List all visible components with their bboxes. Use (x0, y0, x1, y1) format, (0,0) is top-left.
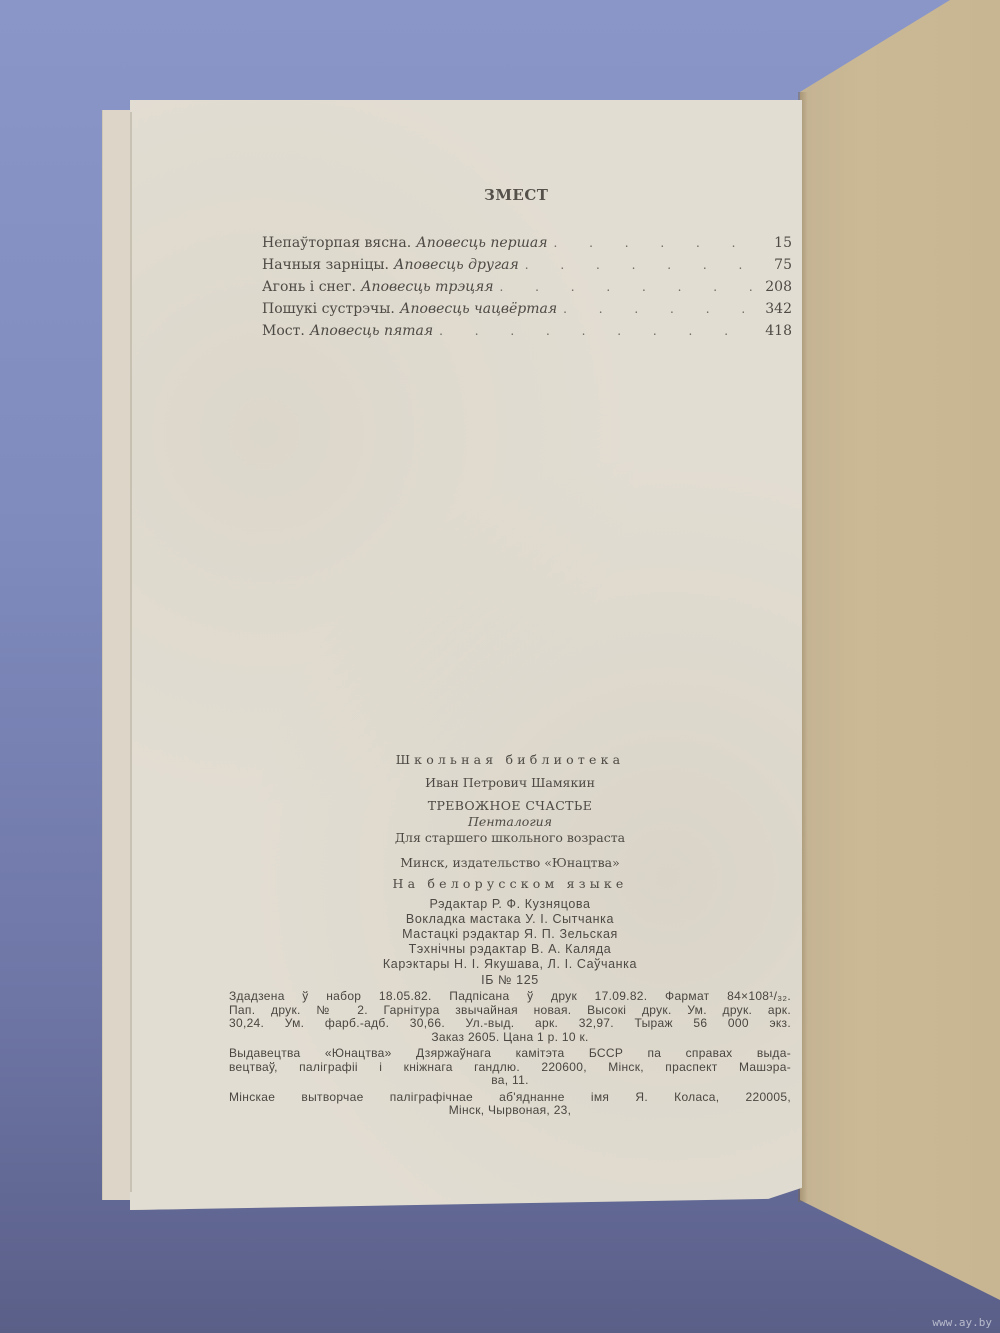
toc-leader: . . . . . . . . . . . . . . . . . . . . … (525, 258, 752, 272)
toc-entry-page: 15 (758, 235, 792, 251)
credit-line: Рэдактар Р. Ф. Кузняцова (228, 897, 792, 912)
book-title: ТРЕВОЖНОЕ СЧАСТЬЕ (228, 798, 792, 813)
table-of-contents: Непаўторпая вясна. Аповесць першая . . .… (262, 235, 792, 345)
toc-entry-title: Начныя зарніцы. (262, 257, 389, 273)
watermark: www.ay.by (932, 1316, 992, 1329)
toc-entry: Начныя зарніцы. Аповесць другая . . . . … (262, 257, 792, 279)
printer-block: Мінскае вытворчае паліграфічнае аб'яднан… (229, 1091, 791, 1118)
toc-entry-subtitle: Аповесць чацвёртая (400, 301, 557, 317)
ib-number: ІБ № 125 (228, 973, 792, 988)
credit-line: Тэхнічны рэдактар В. А. Каляда (228, 942, 792, 957)
credit-line: Мастацкі рэдактар Я. П. Зельская (228, 927, 792, 942)
credit-line: Вокладка мастака У. І. Сытчанка (228, 912, 792, 927)
toc-entry-page: 342 (758, 301, 792, 317)
spec-line: Пап. друк. № 2. Гарнітура звычайная нова… (229, 1004, 791, 1018)
toc-entry-subtitle: Аповесць трэцяя (361, 279, 494, 295)
toc-entry-subtitle: Аповесць першая (416, 235, 547, 251)
publisher-address-end: ва, 11. (229, 1074, 791, 1088)
credits-list: Рэдактар Р. Ф. Кузняцова Вокладка мастак… (228, 897, 792, 972)
spec-line: 30,24. Ум. фарб.-адб. 30,66. Ул.-выд. ар… (229, 1017, 791, 1031)
order-price-line: Заказ 2605. Цана 1 р. 10 к. (229, 1031, 791, 1045)
series-name: Школьная библиотека (228, 752, 792, 767)
toc-leader: . . . . . . . . . . . . . . . . . . . . … (439, 324, 752, 338)
printer-line: Мінскае вытворчае паліграфічнае аб'яднан… (229, 1091, 791, 1105)
toc-entry-page: 418 (758, 323, 792, 339)
toc-entry: Непаўторпая вясна. Аповесць першая . . .… (262, 235, 792, 257)
print-specs: Здадзена ў набор 18.05.82. Падпісана ў д… (229, 990, 791, 1118)
toc-entry-title: Непаўторпая вясна. (262, 235, 411, 251)
toc-entry: Пошукі сустрэчы. Аповесць чацвёртая . . … (262, 301, 792, 323)
target-audience: Для старшего школьного возраста (228, 830, 792, 845)
publisher-line: Минск, издательство «Юнацтва» (228, 855, 792, 870)
publisher-address-line: Выдавецтва «Юнацтва» Дзяржаўнага камітэт… (229, 1047, 791, 1061)
toc-heading: ЗМЕСТ (484, 186, 548, 204)
author-name: Иван Петрович Шамякин (228, 775, 792, 790)
page-content: ЗМЕСТ Непаўторпая вясна. Аповесць першая… (0, 0, 1000, 1333)
toc-leader: . . . . . . . . . . . . . . . . . . . . … (554, 236, 753, 250)
toc-leader: . . . . . . . . . . . . . . . . . . . . … (563, 302, 752, 316)
toc-entry-page: 75 (758, 257, 792, 273)
imprint-block: Школьная библиотека Иван Петрович Шамяки… (228, 752, 792, 988)
toc-entry-subtitle: Аповесць пятая (310, 323, 433, 339)
printer-address: Мінск, Чырвоная, 23, (229, 1104, 791, 1118)
toc-entry-title: Пошукі сустрэчы. (262, 301, 395, 317)
toc-entry: Агонь і снег. Аповесць трэцяя . . . . . … (262, 279, 792, 301)
toc-entry-page: 208 (758, 279, 792, 295)
toc-entry-title: Агонь і снег. (262, 279, 356, 295)
publisher-address-block: Выдавецтва «Юнацтва» Дзяржаўнага камітэт… (229, 1047, 791, 1088)
toc-entry-title: Мост. (262, 323, 305, 339)
toc-entry: Мост. Аповесць пятая . . . . . . . . . .… (262, 323, 792, 345)
publisher-address-line: вецтваў, паліграфіі і кніжнага гандлю. 2… (229, 1061, 791, 1075)
language-note: На белорусском языке (228, 876, 792, 891)
toc-leader: . . . . . . . . . . . . . . . . . . . . … (500, 280, 752, 294)
spec-line: Здадзена ў набор 18.05.82. Падпісана ў д… (229, 990, 791, 1004)
credit-line: Карэктары Н. І. Якушава, Л. І. Саўчанка (228, 957, 792, 972)
book-genre: Пенталогия (228, 814, 792, 829)
toc-entry-subtitle: Аповесць другая (394, 257, 519, 273)
